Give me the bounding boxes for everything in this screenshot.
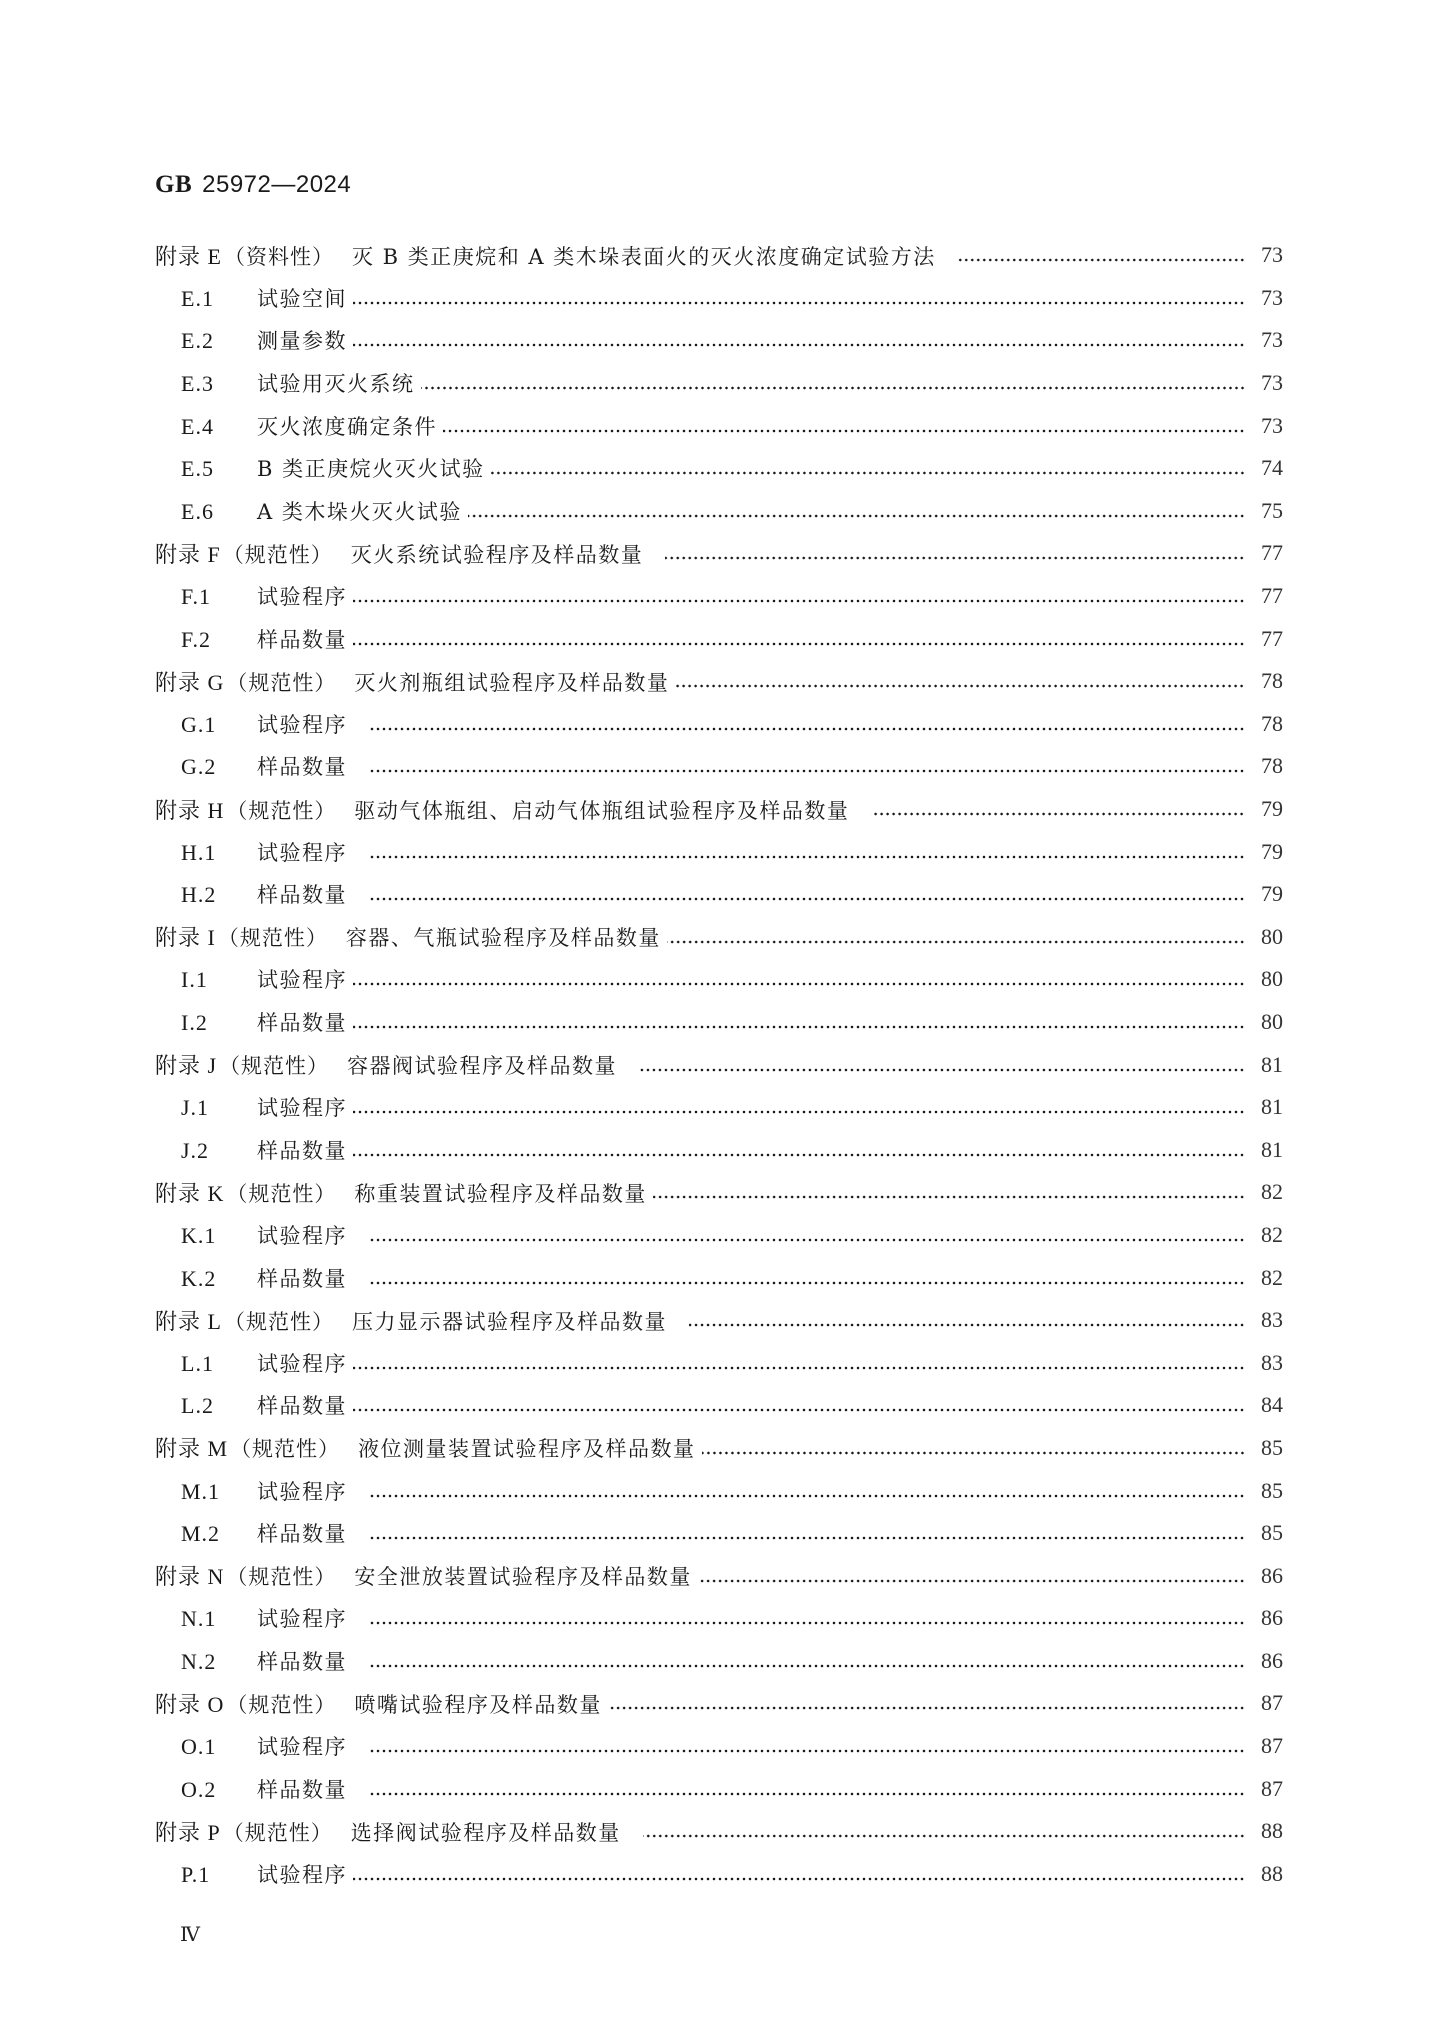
toc-entry-appendix[interactable]: 附录 N（规范性）安全泄放装置试验程序及样品数量 86 — [155, 1554, 1283, 1597]
toc-entry-section[interactable]: G.2样品数量 78 — [155, 745, 1283, 788]
section-code: P.1 — [181, 1862, 239, 1888]
toc-page-number: 81 — [1253, 1052, 1283, 1078]
dot-leader — [369, 897, 1245, 901]
toc-entry-title: 样品数量 — [257, 755, 347, 779]
toc-page-number: 86 — [1253, 1563, 1283, 1589]
toc-page-number: 85 — [1253, 1435, 1283, 1461]
toc-entry-section[interactable]: L.2样品数量 84 — [155, 1384, 1283, 1427]
toc-page-number: 78 — [1253, 668, 1283, 694]
toc-page-number: 78 — [1253, 711, 1283, 737]
toc-entry-label: I.1试验程序 — [181, 964, 347, 994]
toc-entry-section[interactable]: E.6A 类木垛火灭火试验 75 — [155, 490, 1283, 533]
appendix-kind: （规范性） — [224, 1310, 334, 1334]
toc-entry-appendix[interactable]: 附录 I（规范性）容器、气瓶试验程序及样品数量 80 — [155, 916, 1283, 959]
toc-entry-title: 测量参数 — [257, 329, 347, 353]
toc-entry-label: 附录 L（规范性）压力显示器试验程序及样品数量 — [155, 1305, 667, 1336]
toc-entry-section[interactable]: F.1试验程序 77 — [155, 575, 1283, 618]
dot-leader — [353, 642, 1245, 646]
dot-leader — [369, 727, 1245, 731]
toc-entry-label: 附录 F（规范性）灭火系统试验程序及样品数量 — [155, 538, 643, 569]
toc-page-number: 87 — [1253, 1733, 1283, 1759]
toc-entry-title: 液位测量装置试验程序及样品数量 — [358, 1437, 696, 1461]
dot-leader — [353, 1408, 1245, 1412]
appendix-kind: （规范性） — [226, 1182, 336, 1206]
dot-leader — [353, 1366, 1245, 1370]
toc-entry-title: 选择阀试验程序及样品数量 — [351, 1821, 621, 1845]
toc-entry-title: 压力显示器试验程序及样品数量 — [352, 1310, 667, 1334]
toc-entry-label: J.1试验程序 — [181, 1092, 347, 1122]
section-code: F.1 — [181, 584, 239, 610]
section-code: L.1 — [181, 1351, 239, 1377]
section-code: I.1 — [181, 967, 239, 993]
appendix-code: 附录 L — [155, 1305, 222, 1336]
toc-entry-label: P.1试验程序 — [181, 1859, 347, 1889]
toc-entry-label: F.1试验程序 — [181, 581, 347, 611]
toc-page-number: 77 — [1253, 540, 1283, 566]
toc-entry-appendix[interactable]: 附录 E（资料性）灭 B 类正庚烷和 A 类木垛表面火的灭火浓度确定试验方法 7… — [155, 234, 1283, 277]
toc-entry-section[interactable]: J.2样品数量 81 — [155, 1128, 1283, 1171]
toc-entry-title: 容器阀试验程序及样品数量 — [347, 1054, 617, 1078]
toc-entry-label: N.1试验程序 — [181, 1603, 347, 1633]
dot-leader — [689, 1323, 1245, 1327]
section-code: N.2 — [181, 1649, 239, 1675]
dot-leader — [369, 1281, 1245, 1285]
section-code: G.1 — [181, 712, 239, 738]
toc-entry-label: E.2测量参数 — [181, 325, 347, 355]
toc-entry-section[interactable]: O.1试验程序 87 — [155, 1725, 1283, 1768]
appendix-code: 附录 H — [155, 794, 224, 825]
toc-entry-title: 样品数量 — [257, 1522, 347, 1546]
toc-entry-section[interactable]: N.2样品数量 86 — [155, 1640, 1283, 1683]
dot-leader — [702, 1451, 1245, 1455]
toc-entry-title: 样品数量 — [257, 1267, 347, 1291]
toc-page-number: 88 — [1253, 1818, 1283, 1844]
toc-entry-title: 样品数量 — [257, 1778, 347, 1802]
toc-entry-section[interactable]: E.5B 类正庚烷火灭火试验 74 — [155, 447, 1283, 490]
toc-entry-label: 附录 J（规范性）容器阀试验程序及样品数量 — [155, 1049, 617, 1080]
toc-entry-title: 灭火剂瓶组试验程序及样品数量 — [354, 671, 669, 695]
dot-leader — [353, 301, 1245, 305]
toc-entry-section[interactable]: O.2样品数量 87 — [155, 1767, 1283, 1810]
toc-page-number: 73 — [1253, 242, 1283, 268]
toc-entry-title: 容器、气瓶试验程序及样品数量 — [346, 926, 661, 950]
toc-entry-title: 称重装置试验程序及样品数量 — [354, 1182, 647, 1206]
toc-entry-label: I.2样品数量 — [181, 1007, 347, 1037]
section-code: I.2 — [181, 1010, 239, 1036]
toc-page-number: 79 — [1253, 796, 1283, 822]
dot-leader — [653, 1195, 1245, 1199]
toc-entry-label: 附录 O（规范性）喷嘴试验程序及样品数量 — [155, 1688, 602, 1719]
toc-page-number: 82 — [1253, 1179, 1283, 1205]
toc-entry-appendix[interactable]: 附录 K（规范性）称重装置试验程序及样品数量 82 — [155, 1171, 1283, 1214]
toc-entry-label: M.2样品数量 — [181, 1518, 347, 1548]
toc-entry-label: E.3试验用灭火系统 — [181, 368, 415, 398]
dot-leader — [353, 1025, 1245, 1029]
toc-page-number: 81 — [1253, 1137, 1283, 1163]
dot-leader — [468, 514, 1245, 518]
toc-entry-section[interactable]: H.1试验程序 79 — [155, 830, 1283, 873]
dot-leader — [491, 471, 1245, 475]
toc-entry-title: 灭火系统试验程序及样品数量 — [351, 543, 644, 567]
toc-entry-section[interactable]: K.2样品数量 82 — [155, 1256, 1283, 1299]
appendix-kind: （规范性） — [218, 926, 328, 950]
dot-leader — [667, 940, 1245, 944]
section-code: M.1 — [181, 1479, 239, 1505]
toc-entry-title: 样品数量 — [257, 1011, 347, 1035]
appendix-kind: （规范性） — [230, 1437, 340, 1461]
dot-leader — [643, 1834, 1245, 1838]
page-number-footer: Ⅳ — [180, 1922, 200, 1947]
toc-entry-label: O.1试验程序 — [181, 1731, 347, 1761]
toc-entry-title: 试验程序 — [257, 1224, 347, 1248]
section-code: E.3 — [181, 371, 239, 397]
toc-entry-label: H.1试验程序 — [181, 837, 347, 867]
toc-page-number: 83 — [1253, 1307, 1283, 1333]
toc-entry-label: 附录 N（规范性）安全泄放装置试验程序及样品数量 — [155, 1560, 692, 1591]
toc-entry-title: 样品数量 — [257, 628, 347, 652]
toc-entry-label: 附录 K（规范性）称重装置试验程序及样品数量 — [155, 1177, 647, 1208]
standard-number: 25972—2024 — [202, 171, 351, 198]
toc-entry-label: G.1试验程序 — [181, 709, 347, 739]
toc-page-number: 88 — [1253, 1861, 1283, 1887]
toc-page-number: 85 — [1253, 1520, 1283, 1546]
toc-entry-label: E.6A 类木垛火灭火试验 — [181, 496, 462, 526]
appendix-kind: （规范性） — [219, 1054, 329, 1078]
toc-entry-title: 驱动气体瓶组、启动气体瓶组试验程序及样品数量 — [354, 799, 849, 823]
dot-leader — [353, 599, 1245, 603]
toc-entry-section[interactable]: F.2样品数量 77 — [155, 617, 1283, 660]
toc-page-number: 80 — [1253, 924, 1283, 950]
toc-entry-title: 喷嘴试验程序及样品数量 — [354, 1693, 602, 1717]
toc-entry-title: 样品数量 — [257, 883, 347, 907]
toc-page-number: 82 — [1253, 1265, 1283, 1291]
toc-page-number: 79 — [1253, 881, 1283, 907]
section-code: H.1 — [181, 840, 239, 866]
toc-entry-section[interactable]: P.1试验程序 88 — [155, 1853, 1283, 1896]
section-code: E.1 — [181, 286, 239, 312]
dot-leader — [608, 1706, 1245, 1710]
toc-entry-section[interactable]: K.1试验程序 82 — [155, 1214, 1283, 1257]
dot-leader — [369, 1536, 1245, 1540]
toc-entry-label: 附录 G（规范性）灭火剂瓶组试验程序及样品数量 — [155, 666, 669, 697]
toc-entry-appendix[interactable]: 附录 J（规范性）容器阀试验程序及样品数量 81 — [155, 1043, 1283, 1086]
toc-entry-label: F.2样品数量 — [181, 624, 347, 654]
dot-leader — [369, 1792, 1245, 1796]
toc-entry-label: E.5B 类正庚烷火灭火试验 — [181, 453, 485, 483]
toc-entry-label: E.1试验空间 — [181, 283, 347, 313]
toc-entry-section[interactable]: M.1试验程序 85 — [155, 1469, 1283, 1512]
toc-entry-title: 灭 B 类正庚烷和 A 类木垛表面火的灭火浓度确定试验方法 — [352, 245, 936, 269]
toc-entry-label: L.1试验程序 — [181, 1348, 347, 1378]
toc-entry-label: O.2样品数量 — [181, 1774, 347, 1804]
toc-page-number: 73 — [1253, 285, 1283, 311]
toc-page-number: 73 — [1253, 327, 1283, 353]
section-code: O.2 — [181, 1777, 239, 1803]
dot-leader — [698, 1579, 1245, 1583]
toc-entry-section[interactable]: E.2测量参数 73 — [155, 319, 1283, 362]
toc-page-number: 80 — [1253, 966, 1283, 992]
toc-page-number: 81 — [1253, 1094, 1283, 1120]
dot-leader — [353, 343, 1245, 347]
toc-entry-label: 附录 E（资料性）灭 B 类正庚烷和 A 类木垛表面火的灭火浓度确定试验方法 — [155, 240, 936, 271]
appendix-kind: （规范性） — [223, 543, 333, 567]
section-code: E.4 — [181, 414, 239, 440]
section-code: K.2 — [181, 1266, 239, 1292]
dot-leader — [353, 1877, 1245, 1881]
toc-entry-section[interactable]: G.1试验程序 78 — [155, 703, 1283, 746]
toc-entry-section[interactable]: N.1试验程序 86 — [155, 1597, 1283, 1640]
dot-leader — [369, 855, 1245, 859]
appendix-code: 附录 F — [155, 538, 221, 569]
toc-page-number: 73 — [1253, 370, 1283, 396]
toc-entry-title: 试验程序 — [257, 585, 347, 609]
dot-leader — [665, 556, 1245, 560]
table-of-contents: 附录 E（资料性）灭 B 类正庚烷和 A 类木垛表面火的灭火浓度确定试验方法 7… — [155, 234, 1283, 1895]
toc-page-number: 77 — [1253, 583, 1283, 609]
appendix-kind: （规范性） — [223, 1821, 333, 1845]
section-code: J.2 — [181, 1138, 239, 1164]
appendix-kind: （资料性） — [224, 245, 334, 269]
toc-entry-appendix[interactable]: 附录 L（规范性）压力显示器试验程序及样品数量 83 — [155, 1299, 1283, 1342]
appendix-kind: （规范性） — [226, 671, 336, 695]
toc-entry-section[interactable]: J.1试验程序 81 — [155, 1086, 1283, 1129]
section-code: M.2 — [181, 1521, 239, 1547]
dot-leader — [369, 1494, 1245, 1498]
toc-page-number: 83 — [1253, 1350, 1283, 1376]
toc-entry-section[interactable]: E.1试验空间 73 — [155, 277, 1283, 320]
toc-page-number: 84 — [1253, 1392, 1283, 1418]
toc-entry-title: 试验程序 — [257, 1735, 347, 1759]
dot-leader — [639, 1068, 1245, 1072]
toc-entry-label: E.4灭火浓度确定条件 — [181, 411, 437, 441]
toc-page-number: 80 — [1253, 1009, 1283, 1035]
appendix-code: 附录 J — [155, 1049, 217, 1080]
toc-entry-appendix[interactable]: 附录 O（规范性）喷嘴试验程序及样品数量 87 — [155, 1682, 1283, 1725]
toc-entry-title: 样品数量 — [257, 1139, 347, 1163]
toc-entry-title: 试验空间 — [257, 287, 347, 311]
toc-entry-appendix[interactable]: 附录 G（规范性）灭火剂瓶组试验程序及样品数量 78 — [155, 660, 1283, 703]
dot-leader — [369, 769, 1245, 773]
toc-entry-label: 附录 M（规范性）液位测量装置试验程序及样品数量 — [155, 1432, 696, 1463]
toc-entry-title: 灭火浓度确定条件 — [257, 415, 437, 439]
toc-entry-label: K.1试验程序 — [181, 1220, 347, 1250]
toc-entry-title: 试验程序 — [257, 1607, 347, 1631]
section-code: K.1 — [181, 1223, 239, 1249]
dot-leader — [871, 812, 1245, 816]
toc-page-number: 85 — [1253, 1478, 1283, 1504]
toc-page-number: 87 — [1253, 1776, 1283, 1802]
toc-entry-title: 样品数量 — [257, 1650, 347, 1674]
dot-leader — [421, 386, 1246, 390]
toc-entry-label: N.2样品数量 — [181, 1646, 347, 1676]
appendix-code: 附录 O — [155, 1688, 224, 1719]
toc-entry-title: 试验用灭火系统 — [257, 372, 415, 396]
appendix-code: 附录 G — [155, 666, 224, 697]
toc-page-number: 86 — [1253, 1648, 1283, 1674]
toc-page-number: 73 — [1253, 413, 1283, 439]
appendix-kind: （规范性） — [226, 799, 336, 823]
toc-page-number: 78 — [1253, 753, 1283, 779]
toc-entry-section[interactable]: M.2样品数量 85 — [155, 1512, 1283, 1555]
toc-entry-section[interactable]: L.1试验程序 83 — [155, 1341, 1283, 1384]
toc-entry-appendix[interactable]: 附录 M（规范性）液位测量装置试验程序及样品数量 85 — [155, 1427, 1283, 1470]
toc-entry-title: 试验程序 — [257, 1863, 347, 1887]
toc-page-number: 86 — [1253, 1605, 1283, 1631]
toc-entry-label: G.2样品数量 — [181, 751, 347, 781]
dot-leader — [369, 1621, 1245, 1625]
toc-page-number: 74 — [1253, 455, 1283, 481]
toc-entry-appendix[interactable]: 附录 H（规范性）驱动气体瓶组、启动气体瓶组试验程序及样品数量 79 — [155, 788, 1283, 831]
toc-entry-section[interactable]: I.2样品数量 80 — [155, 1001, 1283, 1044]
toc-entry-section[interactable]: E.3试验用灭火系统 73 — [155, 362, 1283, 405]
section-code: J.1 — [181, 1095, 239, 1121]
toc-entry-label: 附录 H（规范性）驱动气体瓶组、启动气体瓶组试验程序及样品数量 — [155, 794, 849, 825]
toc-page-number: 77 — [1253, 626, 1283, 652]
section-code: N.1 — [181, 1606, 239, 1632]
document-header: GB25972—2024 — [155, 170, 351, 199]
toc-entry-appendix[interactable]: 附录 P（规范性）选择阀试验程序及样品数量 88 — [155, 1810, 1283, 1853]
appendix-code: 附录 I — [155, 921, 216, 952]
toc-entry-label: H.2样品数量 — [181, 879, 347, 909]
toc-entry-label: 附录 I（规范性）容器、气瓶试验程序及样品数量 — [155, 921, 661, 952]
dot-leader — [369, 1664, 1245, 1668]
section-code: F.2 — [181, 627, 239, 653]
toc-page-number: 75 — [1253, 498, 1283, 524]
dot-leader — [443, 429, 1245, 433]
section-code: H.2 — [181, 882, 239, 908]
toc-page-number: 79 — [1253, 839, 1283, 865]
standard-prefix: GB — [155, 171, 192, 198]
section-code: G.2 — [181, 754, 239, 780]
toc-entry-label: J.2样品数量 — [181, 1135, 347, 1165]
section-code: L.2 — [181, 1393, 239, 1419]
section-code: E.2 — [181, 328, 239, 354]
toc-entry-title: 安全泄放装置试验程序及样品数量 — [354, 1565, 692, 1589]
dot-leader — [353, 1110, 1245, 1114]
toc-entry-section[interactable]: E.4灭火浓度确定条件 73 — [155, 404, 1283, 447]
section-code: O.1 — [181, 1734, 239, 1760]
appendix-code: 附录 K — [155, 1177, 224, 1208]
toc-entry-title: 试验程序 — [257, 1352, 347, 1376]
toc-entry-label: L.2样品数量 — [181, 1390, 347, 1420]
dot-leader — [353, 982, 1245, 986]
toc-entry-appendix[interactable]: 附录 F（规范性）灭火系统试验程序及样品数量 77 — [155, 532, 1283, 575]
toc-page-number: 82 — [1253, 1222, 1283, 1248]
appendix-kind: （规范性） — [226, 1693, 336, 1717]
appendix-code: 附录 M — [155, 1432, 228, 1463]
toc-entry-title: 试验程序 — [257, 841, 347, 865]
toc-entry-label: K.2样品数量 — [181, 1263, 347, 1293]
appendix-code: 附录 E — [155, 240, 222, 271]
toc-entry-title: 样品数量 — [257, 1394, 347, 1418]
toc-entry-title: 试验程序 — [257, 1480, 347, 1504]
toc-entry-title: 试验程序 — [257, 713, 347, 737]
toc-entry-section[interactable]: I.1试验程序 80 — [155, 958, 1283, 1001]
section-code: E.5 — [181, 456, 239, 482]
toc-entry-section[interactable]: H.2样品数量 79 — [155, 873, 1283, 916]
appendix-code: 附录 N — [155, 1560, 224, 1591]
toc-entry-title: 试验程序 — [257, 968, 347, 992]
toc-entry-label: 附录 P（规范性）选择阀试验程序及样品数量 — [155, 1816, 621, 1847]
toc-entry-label: M.1试验程序 — [181, 1476, 347, 1506]
dot-leader — [369, 1238, 1245, 1242]
appendix-code: 附录 P — [155, 1816, 221, 1847]
dot-leader — [369, 1749, 1245, 1753]
toc-entry-title: 试验程序 — [257, 1096, 347, 1120]
toc-entry-title: A 类木垛火灭火试验 — [257, 500, 462, 524]
appendix-kind: （规范性） — [226, 1565, 336, 1589]
section-code: E.6 — [181, 499, 239, 525]
dot-leader — [958, 258, 1245, 262]
toc-page-number: 87 — [1253, 1690, 1283, 1716]
dot-leader — [353, 1153, 1245, 1157]
toc-entry-title: B 类正庚烷火灭火试验 — [257, 457, 485, 481]
dot-leader — [675, 684, 1245, 688]
